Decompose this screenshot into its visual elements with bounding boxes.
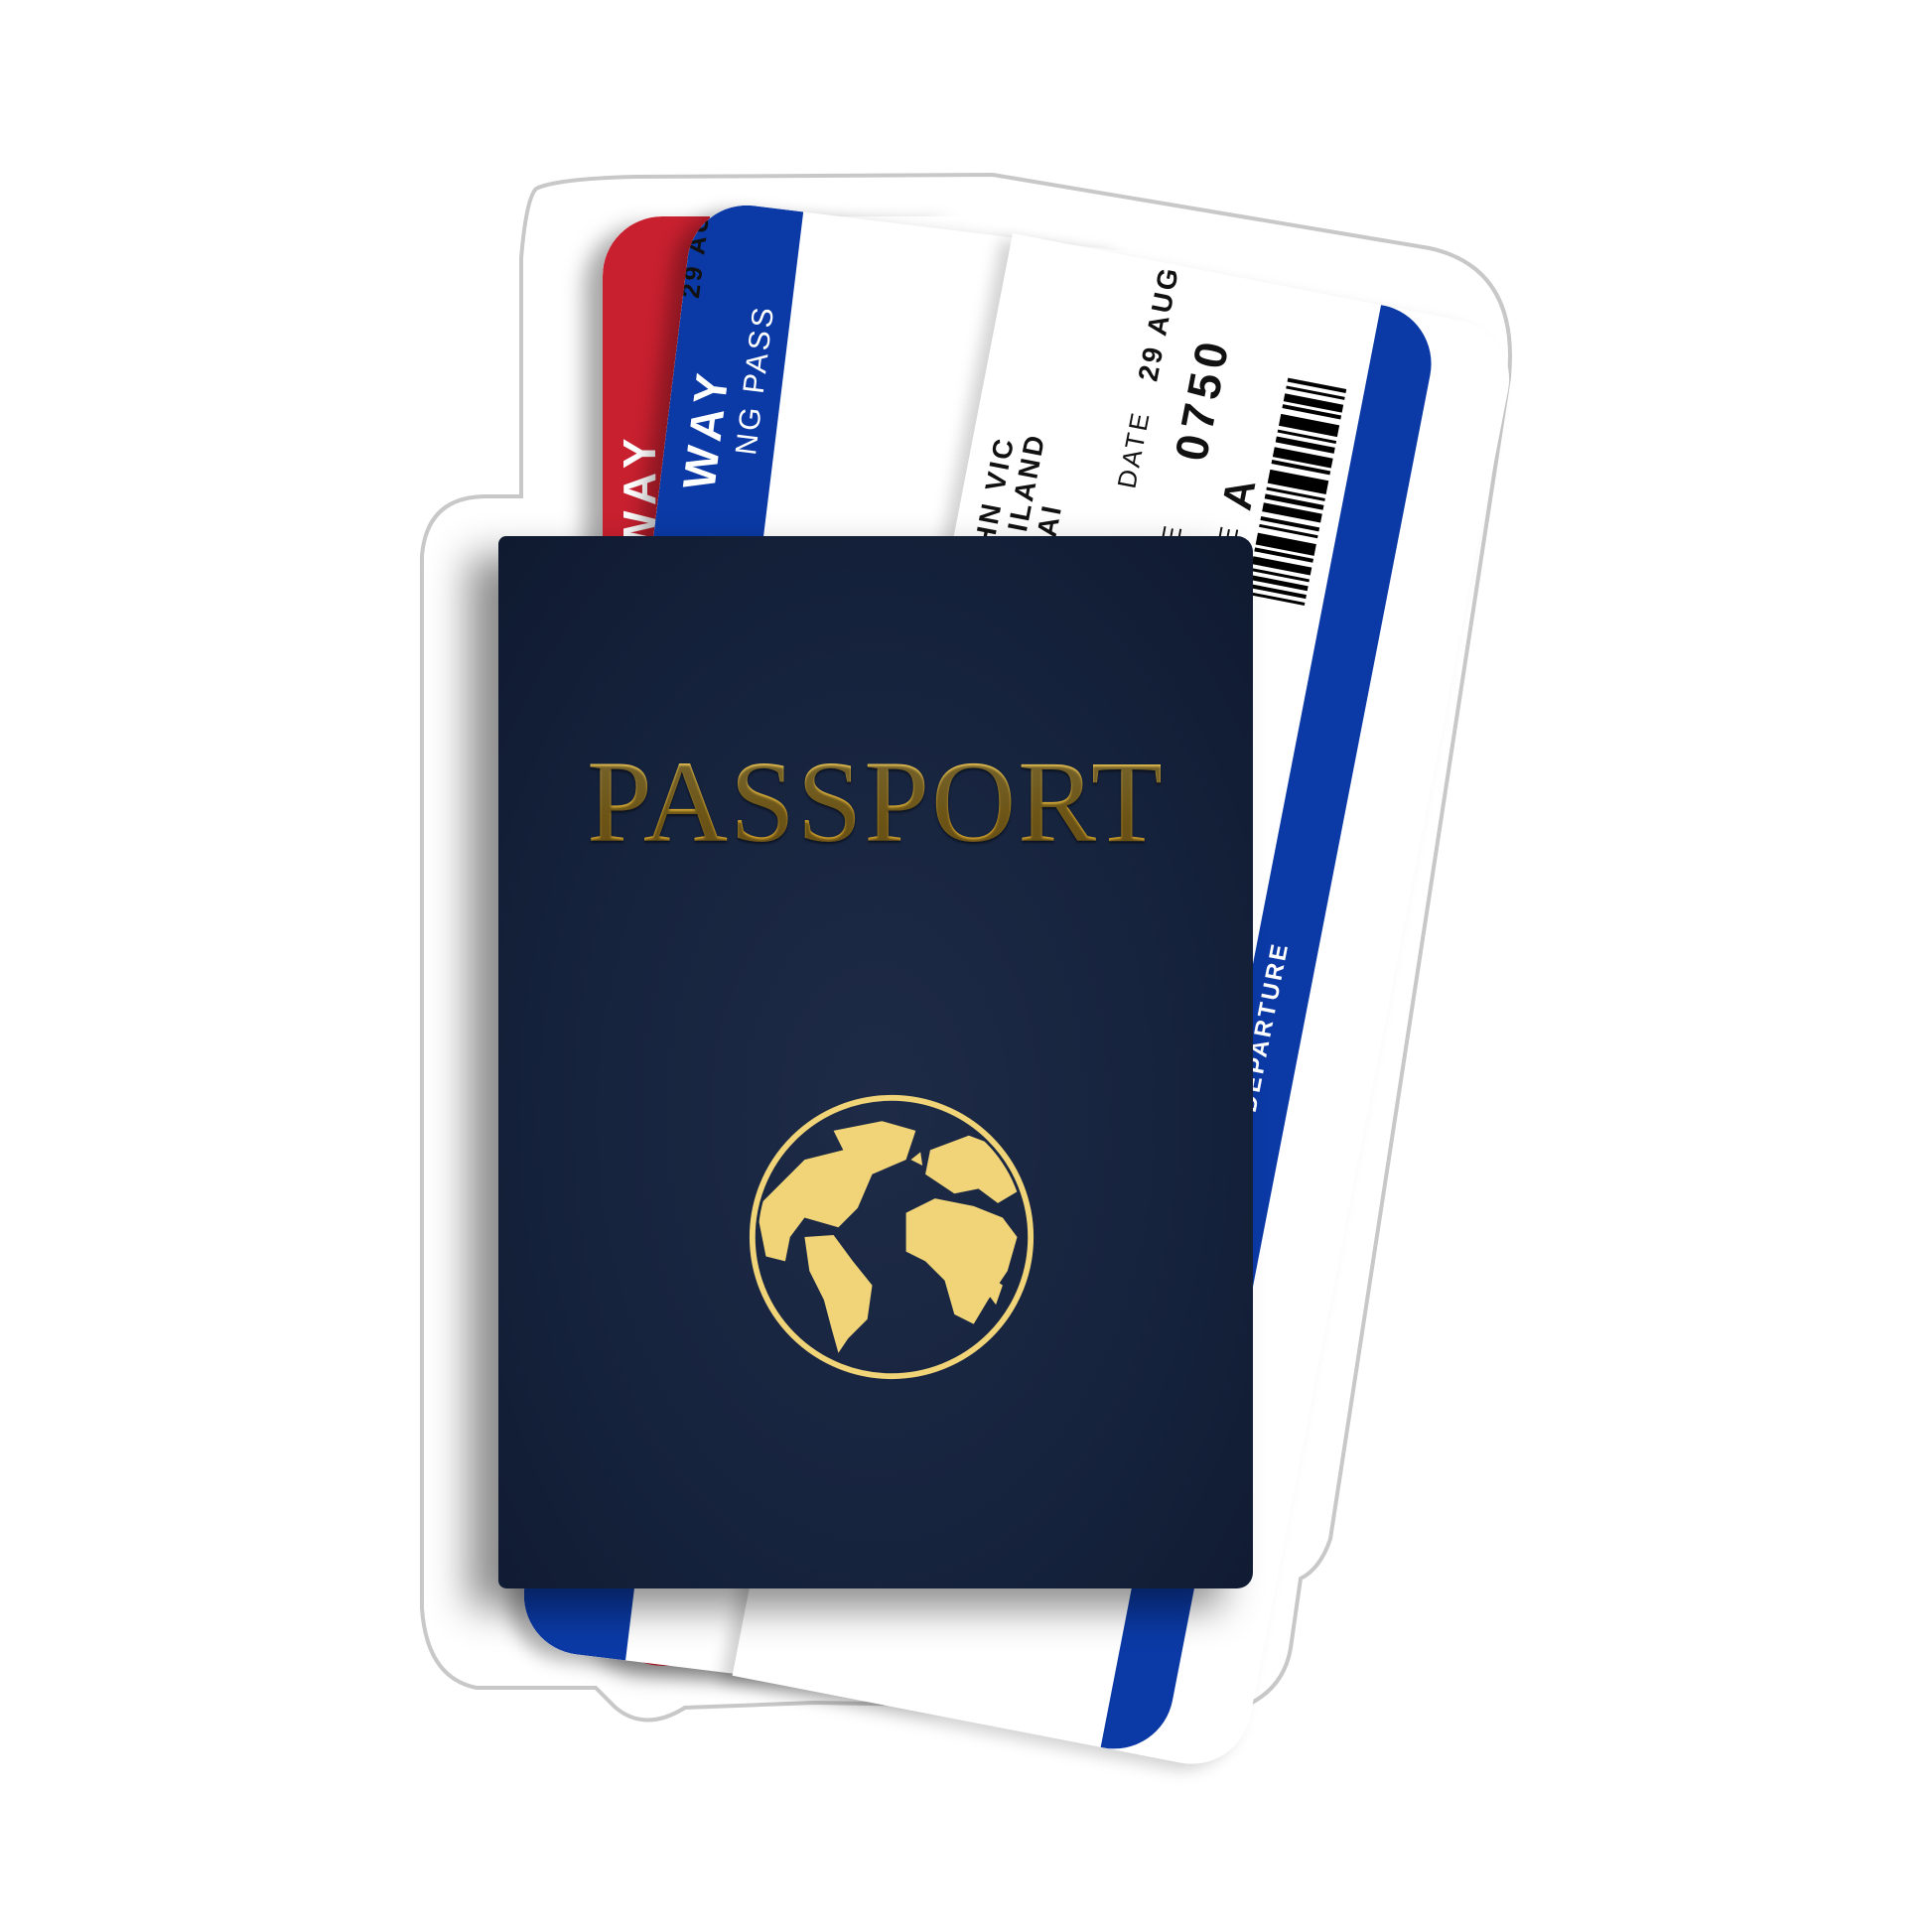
passport-title: PASSPORT [498,735,1253,870]
zone-value: A [1213,473,1266,514]
sticker: WAY G PASS Y CLASS JOHN VIC THAILAND WAY… [0,0,1932,1931]
time-value: 0750 [1164,332,1240,465]
date-value: 29 AUG [1132,263,1185,384]
passport-cover: PASSPORT [498,536,1253,1588]
date-label: DATE [1111,408,1157,491]
globe-icon [747,1092,1036,1382]
